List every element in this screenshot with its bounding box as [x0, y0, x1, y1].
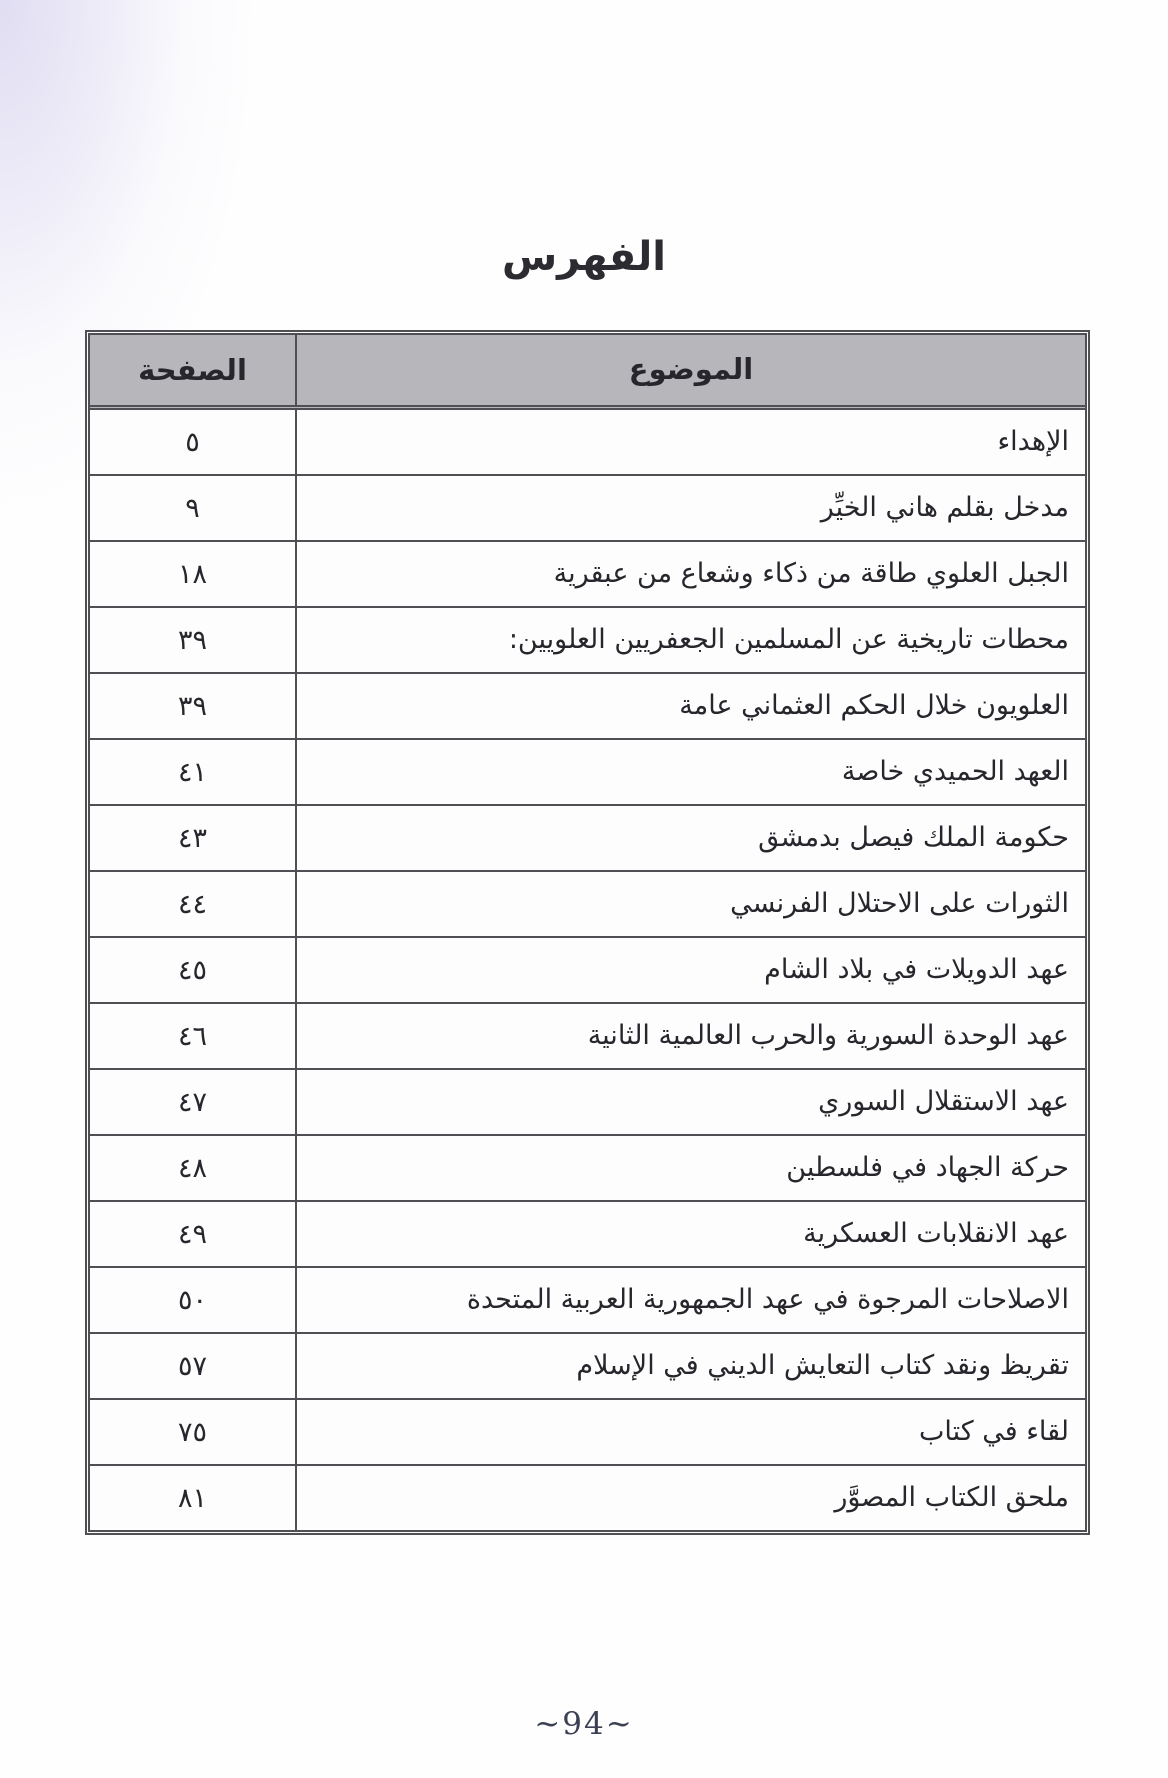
page-number-cell: ٥ — [90, 410, 295, 474]
table-row: ٤١ العهد الحميدي خاصة — [90, 738, 1085, 804]
topic-cell: تقريظ ونقد كتاب التعايش الديني في الإسلا… — [295, 1334, 1085, 1398]
topic-cell: الجبل العلوي طاقة من ذكاء وشعاع من عبقري… — [295, 542, 1085, 606]
table-row: ٣٩ محطات تاريخية عن المسلمين الجعفريين ا… — [90, 606, 1085, 672]
table-row: ٤٧ عهد الاستقلال السوري — [90, 1068, 1085, 1134]
topic-cell: العهد الحميدي خاصة — [295, 740, 1085, 804]
table-row: ٤٦ عهد الوحدة السورية والحرب العالمية ال… — [90, 1002, 1085, 1068]
table-row: ٤٨ حركة الجهاد في فلسطين — [90, 1134, 1085, 1200]
table-row: ٨١ ملحق الكتاب المصوَّر — [90, 1464, 1085, 1530]
page-number-cell: ٤٥ — [90, 938, 295, 1002]
topic-cell: عهد الدويلات في بلاد الشام — [295, 938, 1085, 1002]
page-number-cell: ٤٨ — [90, 1136, 295, 1200]
table-row: ٤٣ حكومة الملك فيصل بدمشق — [90, 804, 1085, 870]
page-number-cell: ٣٩ — [90, 608, 295, 672]
topic-cell: الإهداء — [295, 410, 1085, 474]
table-row: ٤٥ عهد الدويلات في بلاد الشام — [90, 936, 1085, 1002]
table-row: ٥٠ الاصلاحات المرجوة في عهد الجمهورية ال… — [90, 1266, 1085, 1332]
page-number-cell: ٣٩ — [90, 674, 295, 738]
topic-cell: الثورات على الاحتلال الفرنسي — [295, 872, 1085, 936]
topic-cell: لقاء في كتاب — [295, 1400, 1085, 1464]
page-number-cell: ٤٤ — [90, 872, 295, 936]
page-number-cell: ٧٥ — [90, 1400, 295, 1464]
table-header-row: الصفحة الموضوع — [90, 335, 1085, 410]
topic-cell: ملحق الكتاب المصوَّر — [295, 1466, 1085, 1530]
page-number-cell: ٩ — [90, 476, 295, 540]
page-number-cell: ٤٣ — [90, 806, 295, 870]
topic-cell: الاصلاحات المرجوة في عهد الجمهورية العرب… — [295, 1268, 1085, 1332]
topic-cell: مدخل بقلم هاني الخيِّر — [295, 476, 1085, 540]
page-title: الفهرس — [0, 234, 1168, 280]
topic-cell: حكومة الملك فيصل بدمشق — [295, 806, 1085, 870]
table-row: ٥٧ تقريظ ونقد كتاب التعايش الديني في الإ… — [90, 1332, 1085, 1398]
page-number-cell: ٤٩ — [90, 1202, 295, 1266]
page-column-header: الصفحة — [90, 335, 295, 405]
page-number-cell: ٤٧ — [90, 1070, 295, 1134]
contents-table: الصفحة الموضوع ٥ الإهداء ٩ مدخل بقلم هان… — [85, 330, 1090, 1535]
table-row: ٥ الإهداء — [90, 410, 1085, 474]
topic-cell: العلويون خلال الحكم العثماني عامة — [295, 674, 1085, 738]
topic-cell: حركة الجهاد في فلسطين — [295, 1136, 1085, 1200]
page-number-footer: ~94~ — [0, 1706, 1168, 1742]
topic-cell: عهد الانقلابات العسكرية — [295, 1202, 1085, 1266]
topic-cell: محطات تاريخية عن المسلمين الجعفريين العل… — [295, 608, 1085, 672]
table-row: ٤٤ الثورات على الاحتلال الفرنسي — [90, 870, 1085, 936]
topic-column-header: الموضوع — [295, 335, 1085, 405]
table-row: ٧٥ لقاء في كتاب — [90, 1398, 1085, 1464]
page-number-cell: ٥٧ — [90, 1334, 295, 1398]
page-number-cell: ٨١ — [90, 1466, 295, 1530]
page-number-cell: ٤٦ — [90, 1004, 295, 1068]
table-row: ١٨ الجبل العلوي طاقة من ذكاء وشعاع من عب… — [90, 540, 1085, 606]
table-row: ٩ مدخل بقلم هاني الخيِّر — [90, 474, 1085, 540]
topic-cell: عهد الوحدة السورية والحرب العالمية الثان… — [295, 1004, 1085, 1068]
page-number-cell: ٥٠ — [90, 1268, 295, 1332]
page-number-cell: ٤١ — [90, 740, 295, 804]
page-number-cell: ١٨ — [90, 542, 295, 606]
table-row: ٤٩ عهد الانقلابات العسكرية — [90, 1200, 1085, 1266]
table-row: ٣٩ العلويون خلال الحكم العثماني عامة — [90, 672, 1085, 738]
topic-cell: عهد الاستقلال السوري — [295, 1070, 1085, 1134]
table-body: ٥ الإهداء ٩ مدخل بقلم هاني الخيِّر ١٨ ال… — [90, 410, 1085, 1530]
